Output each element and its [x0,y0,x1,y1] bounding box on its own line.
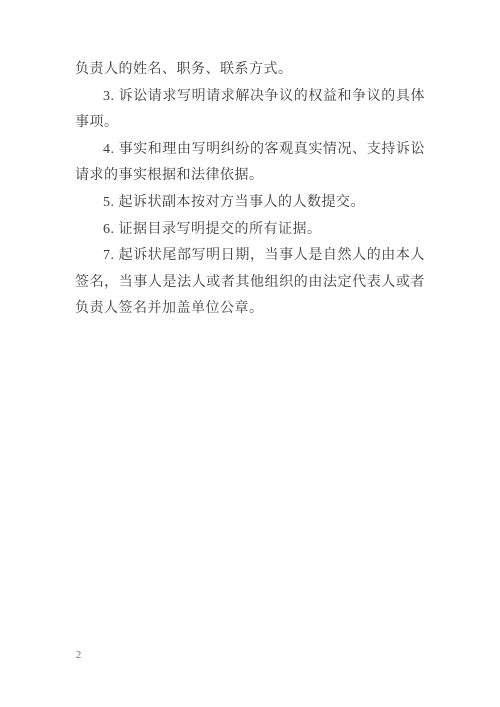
paragraph-item-5: 5. 起诉状副本按对方当事人的人数提交。 [75,190,425,217]
document-body: 负责人的姓名、职务、联系方式。 3. 诉讼请求写明请求解决争议的权益和争议的具体… [75,57,425,323]
document-page: 负责人的姓名、职务、联系方式。 3. 诉讼请求写明请求解决争议的权益和争议的具体… [0,0,500,707]
paragraph-item-3: 3. 诉讼请求写明请求解决争议的权益和争议的具体事项。 [75,84,425,137]
page-number: 2 [76,649,81,663]
paragraph-item-4: 4. 事实和理由写明纠纷的客观真实情况、支持诉讼请求的事实根据和法律依据。 [75,137,425,190]
paragraph-item-6: 6. 证据目录写明提交的所有证据。 [75,217,425,244]
paragraph-item-7: 7. 起诉状尾部写明日期，当事人是自然人的由本人签名，当事人是法人或者其他组织的… [75,243,425,323]
paragraph-continuation: 负责人的姓名、职务、联系方式。 [75,57,425,84]
